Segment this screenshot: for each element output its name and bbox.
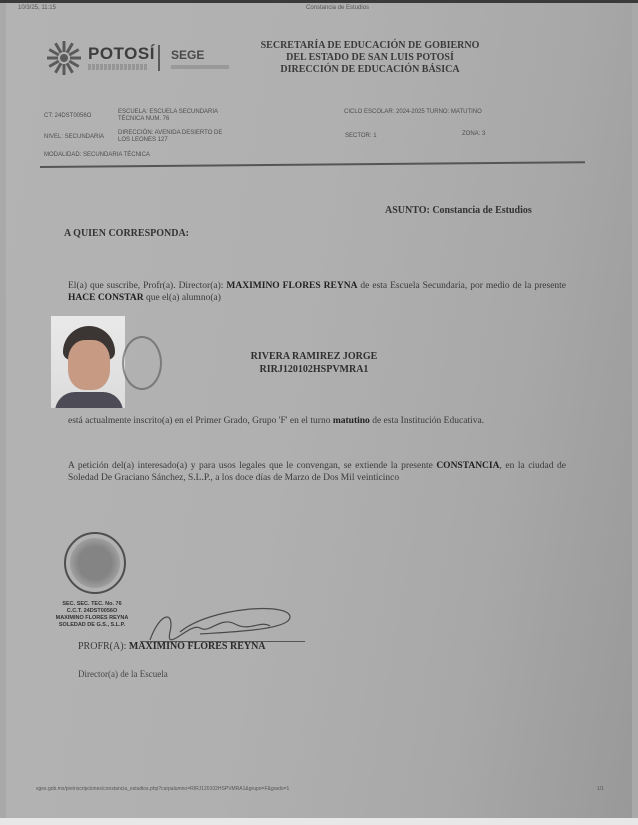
official-seal-icon bbox=[64, 532, 126, 594]
field-modalidad: MODALIDAD: SECUNDARIA TÉCNICA bbox=[44, 152, 150, 159]
subject-line: ASUNTO: Constancia de Estudios bbox=[385, 205, 532, 216]
field-zona: ZONA: 3 bbox=[462, 131, 485, 138]
seal-line: SEC. SEC. TEC. No. 76 bbox=[44, 601, 140, 608]
signer-name: MAXIMINO FLORES REYNA bbox=[129, 641, 266, 652]
salutation: A QUIEN CORRESPONDA: bbox=[64, 228, 189, 239]
footer-url: sges.gob.mx/preinscripciones/constancia_… bbox=[36, 786, 289, 792]
text: El(a) que suscribe, Profr(a). Director(a… bbox=[68, 281, 226, 291]
paragraph-enrollment: está actualmente inscrito(a) en el Prime… bbox=[68, 415, 566, 427]
seal-text: SEC. SEC. TEC. No. 76 C.C.T. 24DST0056O … bbox=[44, 601, 140, 629]
letterhead-title-line: DEL ESTADO DE SAN LUIS POTOSÍ bbox=[240, 52, 500, 64]
constancia: CONSTANCIA bbox=[436, 461, 499, 471]
footer-page-number: 1/1 bbox=[597, 786, 604, 792]
signer-prefix: PROFR(A): bbox=[78, 641, 129, 652]
letterhead-title-line: DIRECCIÓN DE EDUCACIÓN BÁSICA bbox=[240, 64, 500, 76]
text: que el(a) alumno(a) bbox=[144, 293, 221, 303]
field-sector: SECTOR: 1 bbox=[345, 133, 377, 140]
seal-line: C.C.T. 24DST0056O bbox=[44, 608, 140, 615]
brand-sege: SEGE bbox=[171, 48, 204, 62]
letterhead-title: SECRETARÍA DE EDUCACIÓN DE GOBIERNO DEL … bbox=[240, 40, 500, 76]
photo-seal-stamp-icon bbox=[122, 336, 162, 390]
field-ct: CT: 24DST0056O bbox=[44, 113, 91, 120]
signer-role: Director(a) de la Escuela bbox=[78, 669, 168, 679]
seal-line: SOLEDAD DE G.S., S.L.P. bbox=[44, 622, 140, 629]
brand-divider bbox=[158, 45, 160, 71]
letterhead-title-line: SECRETARÍA DE EDUCACIÓN DE GOBIERNO bbox=[240, 40, 500, 52]
document-page bbox=[6, 3, 632, 818]
turno: matutino bbox=[333, 416, 370, 426]
text: está actualmente inscrito(a) en el Prime… bbox=[68, 416, 333, 426]
window-bottom-border bbox=[0, 818, 638, 825]
student-curp: RIRJ120102HSPVMRA1 bbox=[214, 364, 414, 375]
field-escuela: ESCUELA: ESCUELA SECUNDARIA TÉCNICA NUM.… bbox=[118, 109, 236, 123]
potosi-logo-icon bbox=[46, 40, 82, 76]
director-name: MAXIMINO FLORES REYNA bbox=[226, 281, 357, 291]
text: de esta Escuela Secundaria, por medio de… bbox=[357, 281, 566, 291]
text: de esta Institución Educativa. bbox=[370, 416, 484, 426]
signer: PROFR(A): MAXIMINO FLORES REYNA bbox=[78, 641, 266, 652]
seal-line: MAXIMINO FLORES REYNA bbox=[44, 615, 140, 622]
print-date: 10/3/25, 11:15 bbox=[18, 5, 56, 11]
brand-potosi: POTOSÍ bbox=[88, 44, 155, 64]
brand-sege-subtitle bbox=[171, 65, 229, 69]
field-nivel: NIVEL: SECUNDARIA bbox=[44, 134, 104, 141]
field-direccion: DIRECCIÓN: AVENIDA DESIERTO DE LOS LEONE… bbox=[118, 130, 236, 144]
signature-icon bbox=[140, 602, 310, 646]
hace-constar: HACE CONSTAR bbox=[68, 293, 144, 303]
field-ciclo-turno: CICLO ESCOLAR: 2024-2025 TURNO: MATUTINO bbox=[344, 109, 482, 116]
brand-potosi-subtitle bbox=[88, 64, 148, 70]
text: A petición del(a) interesado(a) y para u… bbox=[68, 461, 436, 471]
student-photo bbox=[51, 316, 125, 408]
paragraph-intro: El(a) que suscribe, Profr(a). Director(a… bbox=[68, 280, 566, 304]
print-title: Constancia de Estudios bbox=[306, 5, 369, 11]
paragraph-issuance: A petición del(a) interesado(a) y para u… bbox=[68, 460, 566, 484]
student-name: RIVERA RAMIREZ JORGE bbox=[214, 351, 414, 362]
